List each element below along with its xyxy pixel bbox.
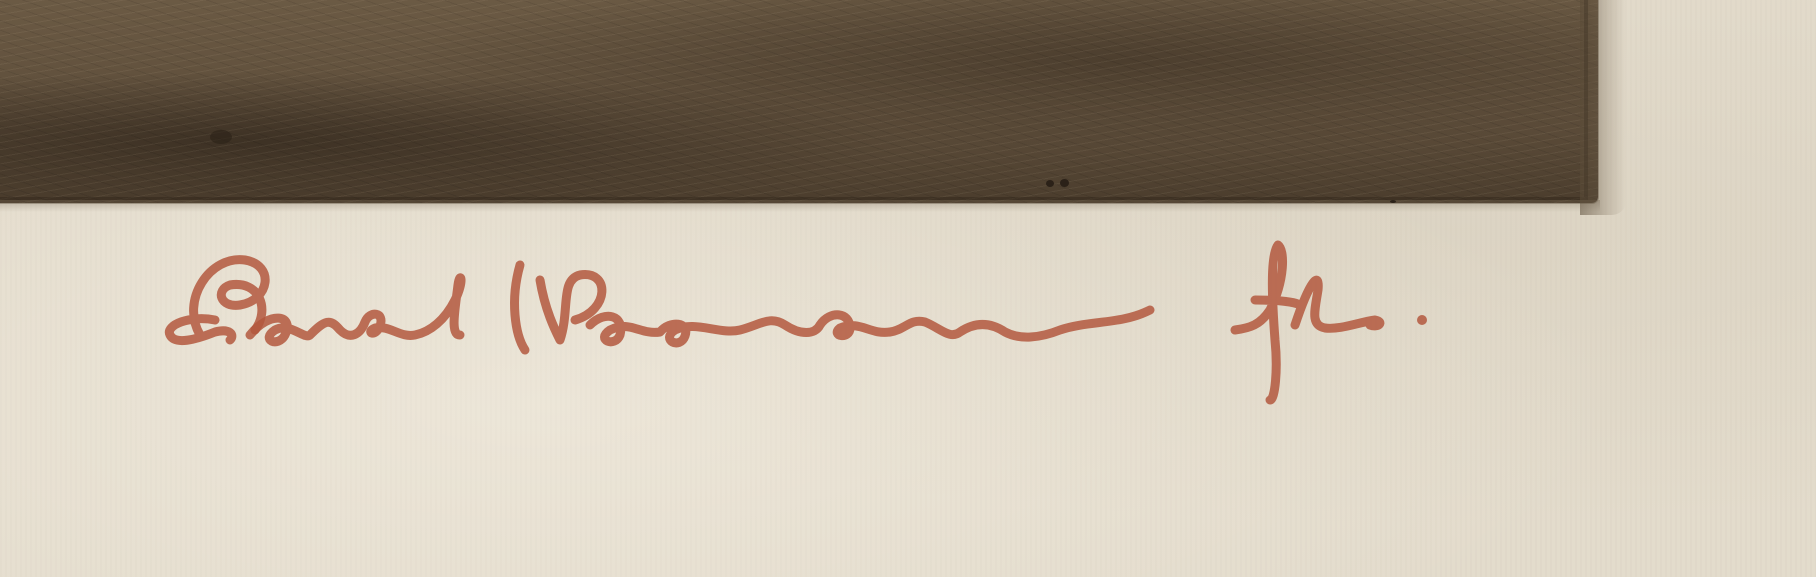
signature-letter-b	[515, 265, 602, 350]
ink-speck	[1060, 179, 1069, 187]
etched-plate-area	[0, 0, 1598, 203]
print-sheet: Karel Boscau fe.	[0, 0, 1816, 577]
signature-word-arel	[250, 278, 461, 342]
signature-word-oscau	[590, 310, 1150, 343]
ink-speck	[1046, 180, 1054, 187]
ink-speck	[1390, 200, 1396, 203]
signature-word-fe	[1235, 245, 1380, 400]
plate-edge	[0, 0, 1588, 200]
signature-period	[1417, 315, 1427, 325]
plate-mark	[1580, 0, 1626, 215]
handwritten-signature	[160, 240, 1460, 470]
ink-speck	[210, 130, 232, 144]
plate-bottom-shadow	[0, 200, 1600, 212]
